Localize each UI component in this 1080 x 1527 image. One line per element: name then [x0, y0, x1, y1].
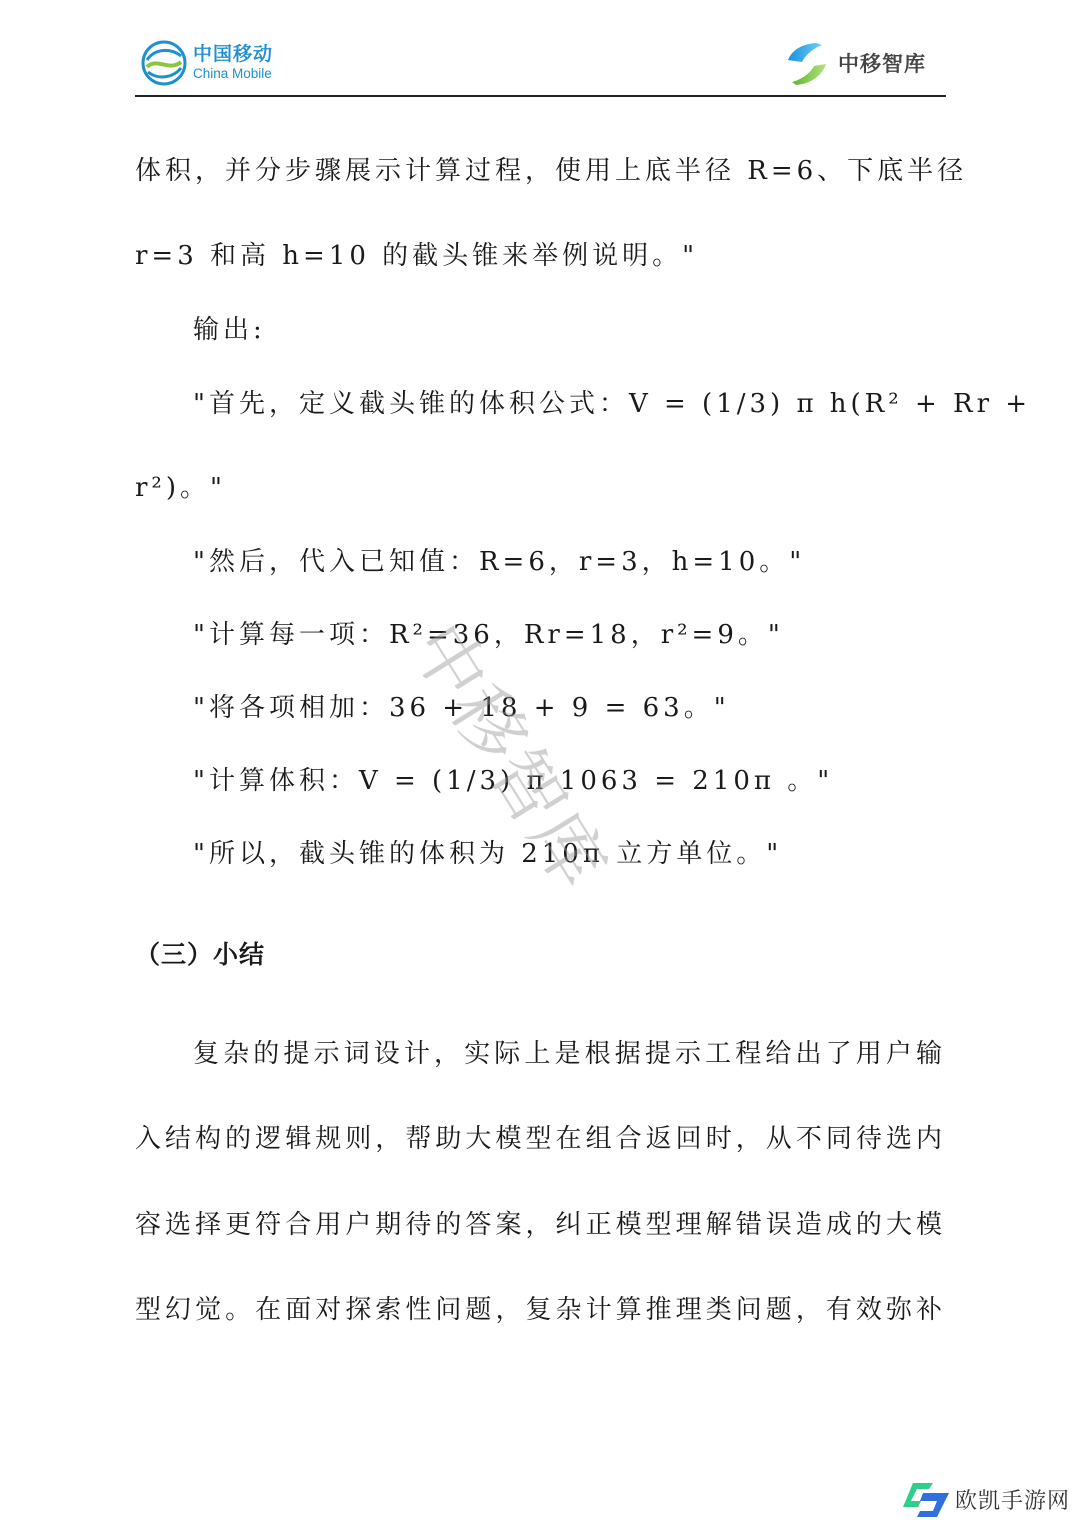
- output-label: 输出:: [193, 314, 266, 346]
- body-line: "所以，截头锥的体积为 210π 立方单位。": [193, 838, 782, 870]
- body-line: 体积，并分步骤展示计算过程，使用上底半径 R=6、下底半径: [135, 155, 946, 187]
- summary-line: 容选择更符合用户期待的答案，纠正模型理解错误造成的大模: [135, 1209, 946, 1241]
- zhongyi-zhiku-text: 中移智库: [838, 48, 926, 78]
- okai-logo-icon: [903, 1479, 951, 1519]
- body-line: "首先，定义截头锥的体积公式：V = (1/3) π h(R² + Rr +: [193, 388, 946, 420]
- body-line: "然后，代入已知值：R=6，r=3，h=10。": [193, 546, 805, 578]
- header-divider: [135, 95, 946, 97]
- section-heading: （三）小结: [135, 935, 265, 971]
- page-header: 中国移动 China Mobile 中移智库: [135, 36, 946, 96]
- summary-line: 型幻觉。在面对探索性问题，复杂计算推理类问题，有效弥补: [135, 1294, 946, 1326]
- body-line: r=3 和高 h=10 的截头锥来举例说明。": [135, 240, 698, 272]
- china-mobile-en: China Mobile: [193, 67, 273, 81]
- china-mobile-logo-icon: [141, 40, 187, 86]
- summary-line: 复杂的提示词设计，实际上是根据提示工程给出了用户输: [193, 1038, 946, 1070]
- body-line: "将各项相加：36 + 18 + 9 = 63。": [193, 692, 730, 724]
- body-line: r²)。": [135, 472, 226, 504]
- zhongyi-zhiku-logo-icon: [782, 38, 832, 88]
- china-mobile-cn: 中国移动: [193, 45, 273, 64]
- body-line: "计算每一项：R²=36，Rr=18，r²=9。": [193, 619, 784, 651]
- summary-line: 入结构的逻辑规则，帮助大模型在组合返回时，从不同待选内: [135, 1123, 946, 1155]
- china-mobile-logo: 中国移动 China Mobile: [141, 40, 273, 86]
- zhongyi-zhiku-logo: 中移智库: [782, 38, 926, 88]
- site-badge-text: 欧凯手游网: [955, 1484, 1070, 1515]
- body-line: "计算体积：V = (1/3) π 1063 = 210π 。": [193, 765, 833, 797]
- site-badge[interactable]: 欧凯手游网: [903, 1479, 1070, 1519]
